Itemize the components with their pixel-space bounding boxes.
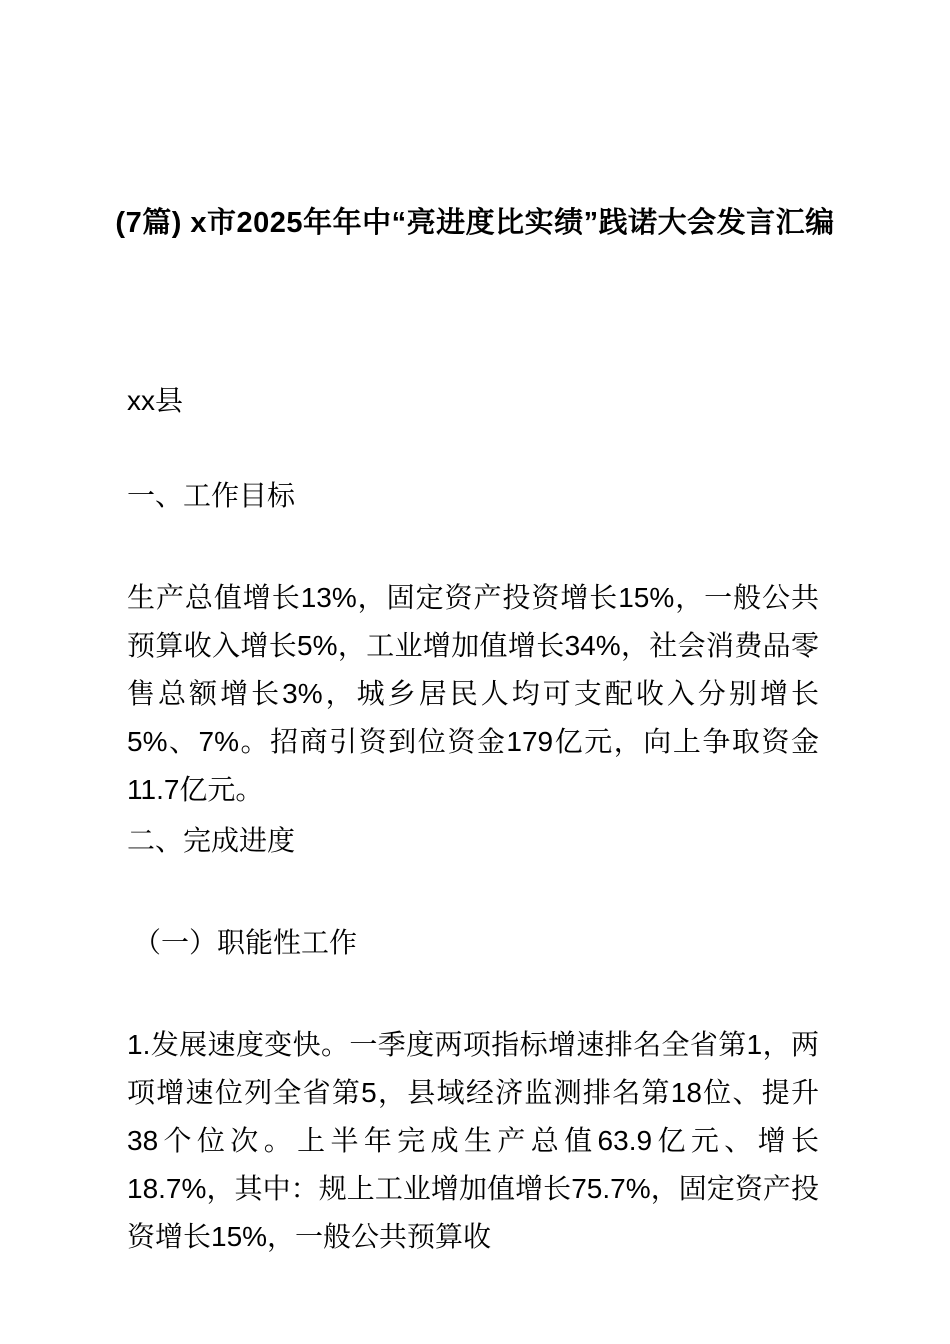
section-heading-goals: 一、工作目标 <box>127 472 827 520</box>
document-page[interactable]: (7篇) x市2025年年中“亮进度比实绩”践诺大会发言汇编 xx县 一、工作目… <box>0 0 950 1344</box>
paragraph-functional: 1.发展速度变快。一季度两项指标增速排名全省第1，两项增速位列全省第5，县域经济… <box>127 1021 819 1261</box>
speaker-label: xx县 <box>127 377 827 425</box>
section-heading-progress: 二、完成进度 <box>127 817 827 865</box>
page-title: (7篇) x市2025年年中“亮进度比实绩”践诺大会发言汇编 <box>110 203 840 243</box>
paragraph-goals: 生产总值增长13%，固定资产投资增长15%，一般公共预算收入增长5%，工业增加值… <box>127 574 819 814</box>
subsection-heading-functional: （一）职能性工作 <box>133 919 833 967</box>
